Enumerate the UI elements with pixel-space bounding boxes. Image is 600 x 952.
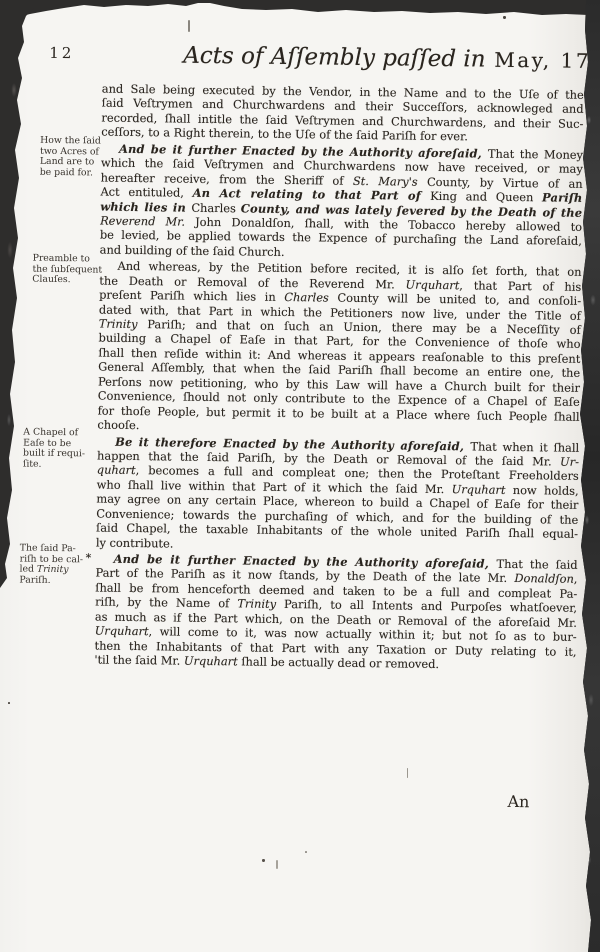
text-line: Pariſh. [19, 575, 93, 587]
text-line: Clauſes. [32, 275, 106, 287]
header-title: Acts of Aſſembly paſſed in [183, 43, 486, 73]
page-header: Acts of Aſſembly paſſed in May, 1751. [183, 43, 600, 75]
text-segment: Pariſh. [19, 574, 50, 585]
text-segment: ſite. [23, 458, 42, 469]
scan-artifact [503, 16, 506, 19]
text-segment: Ur- [560, 455, 579, 469]
paragraph-trinity-parish: *And be it further Enacted by the Author… [94, 552, 577, 674]
scan-artifact [188, 20, 190, 32]
page-content: 12 Acts of Aſſembly paſſed in May, 1751.… [0, 0, 600, 952]
text-segment: St. Mary's [353, 173, 418, 188]
text-segment: That the ſaid [496, 557, 577, 572]
text-segment: be paid for. [40, 167, 93, 179]
header-date: May, 1751. [485, 48, 600, 74]
scanned-page: 12 Acts of Aſſembly paſſed in May, 1751.… [0, 0, 600, 952]
text-segment: , that Part of his [459, 278, 581, 294]
text-segment: ly contribute. [96, 535, 174, 550]
body-text: and Sale being executed by the Vendor, i… [94, 82, 584, 674]
text-segment: 'til the ſaid Mr. [94, 653, 184, 668]
text-segment: King and Queen [430, 189, 542, 204]
text-segment: , [574, 572, 578, 586]
page-number: 12 [49, 44, 74, 62]
text-segment: chooſe. [97, 418, 139, 433]
paragraph-marker: * [86, 551, 92, 566]
margin-note-trinity-parish: The ſaid Pa-riſh to be cal-led TrinityPa… [19, 544, 94, 587]
text-segment: Reverend Mr. [100, 213, 195, 228]
margin-note-chapel: A Chapel ofEaſe to bebuilt if requi-ſite… [23, 428, 98, 471]
text-segment: riſh, by the Name of [95, 595, 237, 611]
scan-artifact [407, 768, 408, 778]
text-segment: Urquhart [184, 654, 238, 669]
text-segment: and building of the ſaid Church. [100, 242, 285, 258]
text-segment: Act entituled, [100, 185, 192, 200]
margin-note-preamble: Preamble tothe ſubſequentClauſes. [32, 254, 106, 287]
text-segment: Trinity [99, 317, 138, 332]
paragraph-money-clause: And be it further Enacted by the Authori… [100, 141, 583, 263]
text-segment: Urquhart [405, 277, 459, 292]
paragraph-preamble: And whereas, by the Petition before reci… [97, 259, 581, 439]
text-segment: ſhall be actually dead or removed. [238, 654, 440, 671]
text-segment: which lies in [100, 199, 191, 214]
text-segment: That the Money [488, 146, 583, 161]
catchword: An [507, 792, 529, 811]
text-segment: Pariſh [542, 190, 583, 205]
paragraph-sale-continuation: and Sale being executed by the Vendor, i… [101, 82, 584, 146]
text-segment: Donaldſon [514, 571, 574, 586]
text-segment: That when it ſhall [470, 439, 579, 454]
text-segment: now holds, [505, 483, 578, 498]
text-line: ſite. [23, 459, 97, 471]
scan-artifact [8, 702, 10, 704]
text-segment: Urquhart [452, 482, 506, 497]
text-segment: County, by Virtue of an [418, 174, 583, 190]
scan-artifact [276, 860, 278, 869]
text-segment: Charles [191, 200, 241, 215]
paragraph-chapel-of-ease: Be it therefore Enacted by the Authority… [96, 434, 579, 556]
text-segment: Urquhart [95, 624, 149, 639]
text-segment: Trinity [237, 597, 276, 612]
scan-artifact [262, 859, 265, 862]
text-segment: led [19, 564, 37, 575]
scan-artifact [305, 851, 307, 853]
text-segment: quhart [97, 463, 136, 478]
text-segment: Clauſes. [32, 274, 70, 286]
text-segment: Charles [284, 290, 329, 305]
